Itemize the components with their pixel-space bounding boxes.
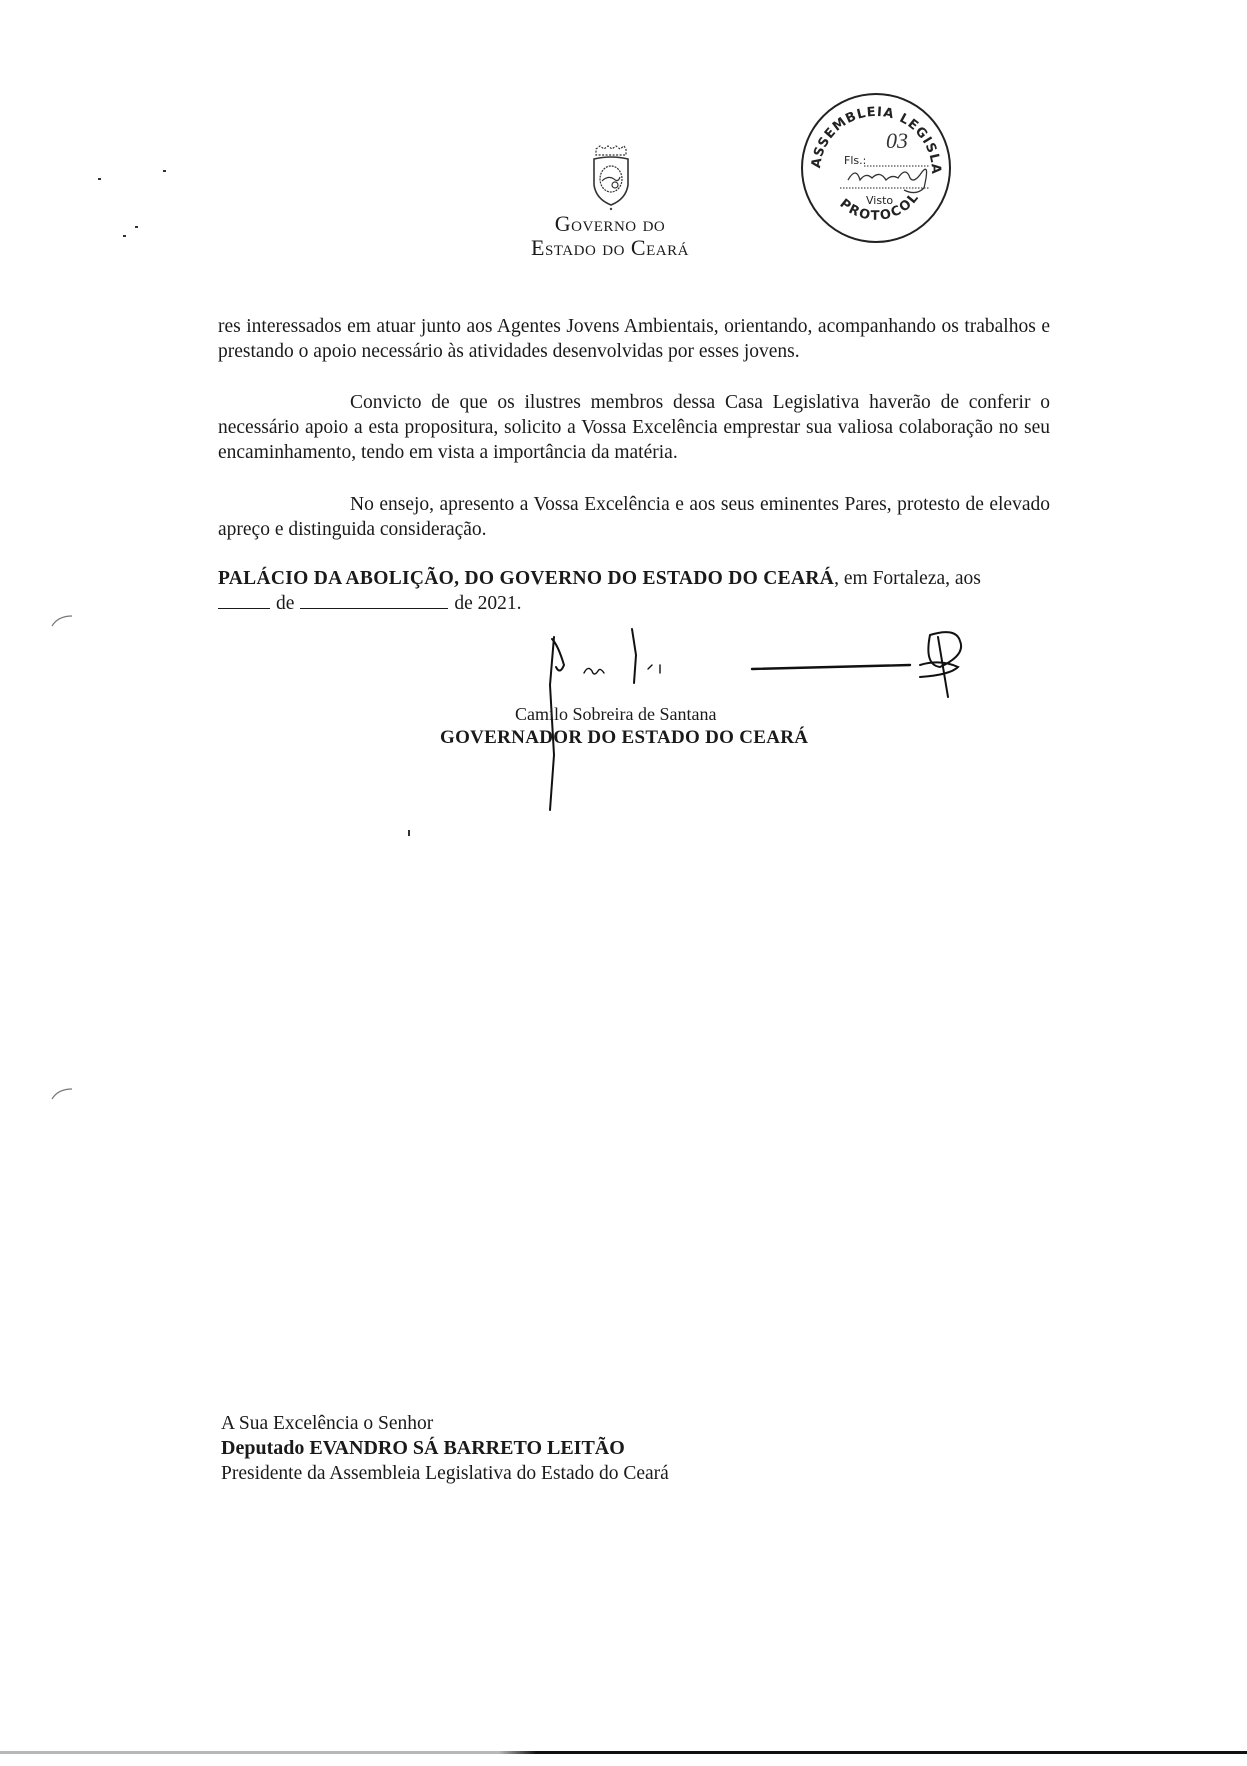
letterhead-line2: Estado do Ceará	[500, 236, 720, 260]
svg-text:ASSEMBLEIA LEGISLATIVA DO CEAR: ASSEMBLEIA LEGISLATIVA DO CEARÁ	[800, 92, 943, 174]
protocol-stamp: ASSEMBLEIA LEGISLATIVA DO CEARÁ PROTOCOL…	[800, 92, 952, 244]
stamp-visto-label: Visto	[866, 194, 893, 207]
place-rest: , em Fortaleza, aos	[834, 568, 981, 589]
scan-mark	[48, 1085, 78, 1101]
stamp-fls-label: Fls.:	[844, 154, 866, 167]
scan-mark	[48, 612, 78, 628]
body-paragraph-3: No ensejo, apresento a Vossa Excelência …	[218, 492, 1050, 542]
stamp-fls-value: 03	[886, 128, 908, 153]
body-paragraph-2: Convicto de que os ilustres membros dess…	[218, 390, 1050, 465]
place-date-paragraph: PALÁCIO DA ABOLIÇÃO, DO GOVERNO DO ESTAD…	[218, 566, 1050, 616]
footer-rule	[0, 1751, 1247, 1754]
stamp-top-text: ASSEMBLEIA LEGISLATIVA DO CEARÁ	[800, 92, 943, 174]
addressee-salutation: A Sua Excelência o Senhor	[221, 1411, 433, 1436]
scan-speck	[123, 235, 126, 237]
addressee-name: Deputado EVANDRO SÁ BARRETO LEITÃO	[221, 1436, 625, 1461]
addressee-position: Presidente da Assembleia Legislativa do …	[221, 1461, 669, 1486]
day-blank	[218, 592, 270, 609]
handwritten-signature	[520, 625, 1000, 825]
date-de-1: de	[276, 593, 294, 614]
stamp-initials-signature	[848, 169, 927, 192]
date-de-2: de 2021.	[454, 593, 521, 614]
month-blank	[300, 592, 448, 609]
body-paragraph-1: res interessados em atuar junto aos Agen…	[218, 314, 1050, 364]
scan-speck	[163, 170, 166, 172]
coat-of-arms-icon	[590, 145, 632, 213]
scan-speck	[408, 830, 410, 836]
place-name: PALÁCIO DA ABOLIÇÃO, DO GOVERNO DO ESTAD…	[218, 568, 834, 589]
signatory-title: GOVERNADOR DO ESTADO DO CEARÁ	[440, 727, 808, 749]
signatory-name: Camilo Sobreira de Santana	[515, 704, 716, 725]
letterhead-line1: Governo do	[500, 212, 720, 236]
scan-speck	[135, 226, 138, 228]
scan-speck	[98, 178, 101, 180]
